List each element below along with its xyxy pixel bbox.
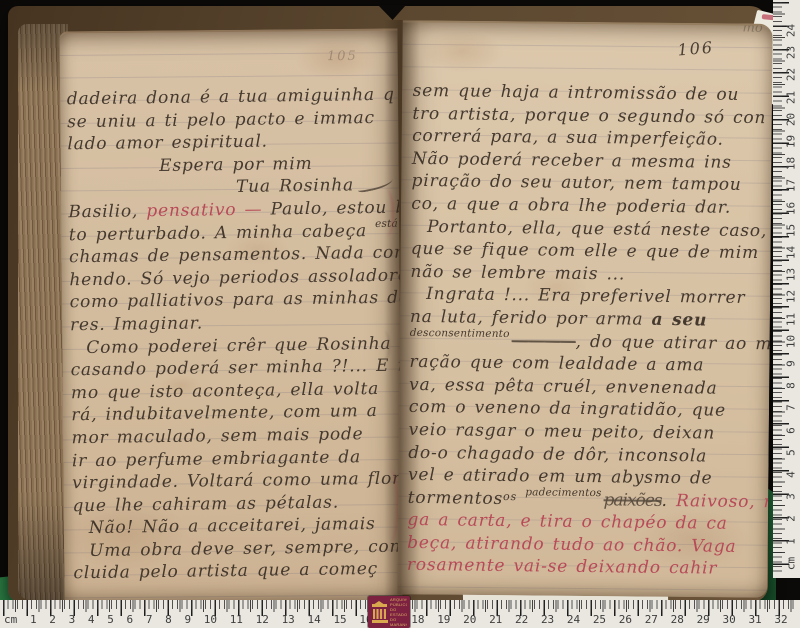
handwriting-red-ink: rosamente vai-se deixando cahir	[407, 555, 718, 579]
ruler-label: 22	[515, 613, 528, 626]
ruler-label: 32	[774, 613, 787, 626]
handwriting-ink: hendo. Só vejo periodos assoladores	[69, 265, 402, 290]
handwriting-ink: , do que atirar ao meu co	[575, 331, 772, 354]
ruler-label: 13	[785, 267, 798, 283]
ruler-label: 2	[785, 511, 798, 527]
handwriting-ink: a seu	[651, 310, 707, 331]
ruler-label: 5	[785, 444, 798, 460]
handwriting-ink: que se fique com elle e que de mim	[411, 239, 759, 263]
handwriting-ink: Não! Não a acceitarei, jamais	[89, 514, 376, 538]
handwriting-ink: tro artista, porque o segundo só con	[412, 103, 766, 127]
stamp-text-line: do Maranhão	[390, 617, 407, 627]
ruler-label: 9	[785, 356, 798, 372]
handwriting-ink: Tua Rosinha	[236, 176, 354, 198]
ruler-label: 3	[785, 489, 798, 505]
handwriting-ink: veio rasgar o meu peito, deixan	[408, 420, 715, 444]
handwriting-ink: paixões	[603, 490, 661, 511]
handwriting-ink: to perturbado. A minha cabeça	[69, 221, 376, 245]
ruler-label: 2	[49, 613, 56, 626]
handwriting-ink: vel e atirado em um abysmo de	[408, 465, 713, 489]
handwriting-ink: lado amor espiritual.	[67, 132, 268, 155]
handwriting-ink: va, essa pêta cruél, envenenada	[409, 375, 718, 399]
ruler-label: 26	[619, 613, 632, 626]
right-page-number: 106	[677, 38, 715, 60]
handwriting-ink: ração que com lealdade a ama	[409, 352, 704, 376]
vertical-ruler: 242322212019181716151413121110987654321c…	[773, 0, 800, 578]
handwriting-ink: rá, indubitavelmente, com um a	[71, 401, 378, 425]
archive-stamp: ArquivoPúblicodo Estadodo Maranhão	[368, 596, 410, 628]
ruler-label: 14	[785, 245, 798, 261]
ruler-label: 14	[308, 613, 321, 626]
handwriting-ink: na luta, ferido por arma	[410, 307, 652, 330]
stamp-text-line: do Estado	[390, 607, 407, 617]
ruler-label: 30	[723, 613, 736, 626]
ruler-label: 10	[785, 333, 798, 349]
handwriting-ink: Espera por mim	[159, 154, 313, 176]
ruler-label: 21	[489, 613, 502, 626]
left-page: 105 dadeira dona é a tua amiguinha qse u…	[60, 29, 403, 604]
ruler-label: 11	[785, 311, 798, 327]
ruler-label: 27	[645, 613, 658, 626]
handwriting-ink: ————	[511, 331, 575, 352]
handwriting-ink: piração do seu autor, nem tampou	[411, 171, 741, 195]
photo-scene: 105 dadeira dona é a tua amiguinha qse u…	[0, 0, 800, 628]
handwriting-ink: mor maculado, sem mais pode	[71, 424, 363, 448]
ruler-label: 16	[785, 200, 798, 216]
ruler-label: 19	[785, 134, 798, 150]
ink-bleed-mark	[378, 331, 390, 361]
ink-bleed-mark	[378, 189, 394, 237]
ruler-label: 6	[785, 422, 798, 438]
handwriting-ink: se uniu a ti pelo pacto e immac	[67, 108, 375, 132]
ruler-label: 20	[785, 111, 798, 127]
handwriting-ink: mo que isto aconteça, ella volta	[71, 379, 379, 403]
right-page: mo 106 sem que haja a intromissão de out…	[397, 20, 772, 598]
ruler-label: 25	[593, 613, 606, 626]
ruler-label: 11	[230, 613, 243, 626]
handwriting-ink: virgindade. Voltará como uma flor	[72, 469, 401, 494]
ruler-label: 5	[107, 613, 114, 626]
handwriting-ink: Basilio,	[68, 201, 146, 222]
handwriting-ink: com o veneno da ingratidão, que	[409, 397, 726, 421]
ruler-label: 22	[785, 67, 798, 83]
handwriting-ink: tormentos	[408, 488, 504, 509]
ruler-label: 9	[184, 613, 191, 626]
ruler-label: cm	[4, 613, 17, 626]
ruler-label: 19	[437, 613, 450, 626]
ruler-label: 13	[282, 613, 295, 626]
handwriting-ink: correrá para, a sua imperfeição.	[412, 126, 724, 150]
handwriting-ink: co, a que a obra lhe poderia dar.	[411, 194, 731, 218]
handwriting-ink: como palliativos para as minhas dô	[70, 288, 403, 313]
handwriting-ink: Não poderá receber a mesma ins	[412, 149, 732, 173]
handwriting-red-ink: ga a carta, e tira o chapéo da ca	[407, 510, 727, 534]
ruler-label: 18	[785, 156, 798, 172]
handwriting-ink: Ingrata !... Era preferivel morrer	[426, 284, 745, 308]
handwriting-ink: do-o chagado de dôr, inconsola	[408, 442, 707, 466]
ruler-label: 1	[30, 613, 37, 626]
ruler-label: cm	[785, 555, 798, 571]
ruler-label: 1	[785, 533, 798, 549]
ruler-label: 23	[785, 45, 798, 61]
handwriting-ink: ir ao perfume embriagante da	[72, 447, 361, 471]
ruler-label: 23	[541, 613, 554, 626]
vertical-ruler-labels: 242322212019181716151413121110987654321c…	[783, 24, 799, 570]
ruler-label: 31	[748, 613, 761, 626]
diary-book: 105 dadeira dona é a tua amiguinha qse u…	[8, 6, 768, 602]
handwriting-ink: dadeira dona é a tua amiguinha q	[67, 85, 395, 110]
handwriting-ink: Portanto, ella, que está neste caso,	[427, 217, 767, 241]
ruler-label: 10	[204, 613, 217, 626]
handwriting-ink: padecimentos	[525, 486, 602, 499]
corner-scribble: mo	[742, 20, 762, 35]
ruler-label: 24	[567, 613, 580, 626]
ruler-label: 12	[256, 613, 269, 626]
ruler-label: 18	[411, 613, 424, 626]
handwriting-ink: cluida pelo artista que a começ	[73, 559, 378, 583]
ruler-label: 7	[785, 400, 798, 416]
archive-photo-manuscript: { "document": { "description_label": "op…	[0, 0, 800, 628]
archive-stamp-text: ArquivoPúblicodo Estadodo Maranhão	[390, 597, 407, 627]
ruler-label: 3	[69, 613, 76, 626]
handwriting-ink: res. Imaginar.	[70, 313, 203, 335]
ruler-label: 21	[785, 89, 798, 105]
handwriting-ink: não se lembre mais ...	[410, 262, 625, 285]
handwriting-ink: casando poderá ser minha ?!... E mes	[71, 355, 403, 380]
handwriting-ink: Uma obra deve ser, sempre, con	[89, 537, 401, 561]
handwriting-ink: Como poderei crêr que Rosinha se	[86, 333, 402, 358]
classical-building-icon	[371, 602, 388, 623]
ruler-label: 8	[785, 378, 798, 394]
handwriting-ink: chamas de pensamentos. Nada comp	[69, 243, 403, 268]
handwriting-red-ink: Raivoso, ras-	[676, 491, 773, 513]
ruler-label: 17	[785, 178, 798, 194]
handwriting-ink: .	[662, 491, 677, 511]
ruler-label: 24	[785, 23, 798, 39]
manuscript-line: cluida pelo artista que a começ	[73, 558, 402, 585]
handwriting-ink: desconsentimento	[410, 326, 510, 339]
ruler-label: 12	[785, 289, 798, 305]
ruler-label: 29	[697, 613, 710, 626]
handwriting-red-ink: pensativo —	[146, 200, 262, 222]
handwriting-ink: que lhe cahiram as pétalas.	[72, 492, 339, 516]
right-page-handwriting: sem que haja a intromissão de outro arti…	[407, 80, 773, 581]
ruler-label: 8	[165, 613, 172, 626]
ruler-label: 28	[671, 613, 684, 626]
handwriting-ink: os	[503, 490, 517, 503]
ruler-label: 15	[785, 222, 798, 238]
ruler-label: 6	[127, 613, 134, 626]
ruler-label: 20	[463, 613, 476, 626]
handwriting-ink: sem que haja a intromissão de ou	[413, 81, 740, 105]
ruler-label: 4	[88, 613, 95, 626]
ruler-label: 15	[333, 613, 346, 626]
ruler-label: 4	[785, 467, 798, 483]
manuscript-line: rosamente vai-se deixando cahir	[407, 554, 771, 581]
left-page-number: 105	[327, 49, 358, 64]
ruler-label: 7	[146, 613, 153, 626]
handwriting-red-ink: beça, atirando tudo ao chão. Vaga	[407, 533, 736, 557]
left-page-handwriting: dadeira dona é a tua amiguinha qse uniu …	[67, 84, 403, 586]
